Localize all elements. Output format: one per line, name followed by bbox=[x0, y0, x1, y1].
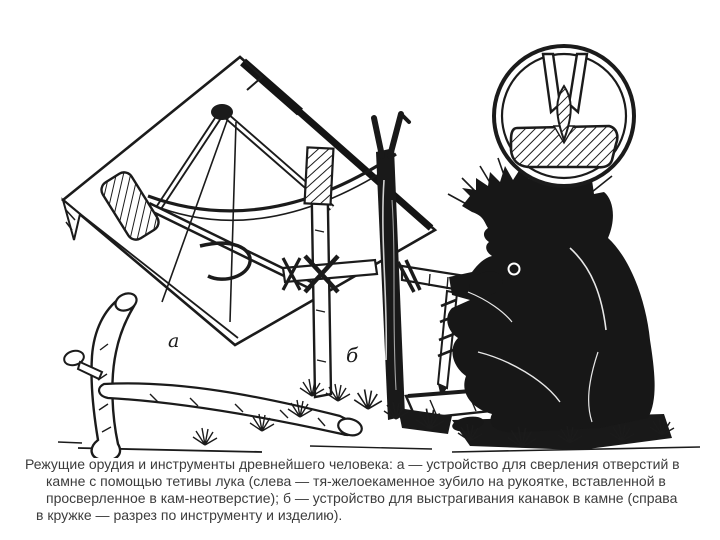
seated-man bbox=[447, 154, 654, 434]
label-a: а bbox=[168, 330, 179, 352]
cross-section-inset bbox=[494, 46, 634, 186]
figure-page: а б Режущие орудия и инструменты древней… bbox=[0, 0, 720, 540]
figure-caption: Режущие орудия и инструменты древнейшего… bbox=[25, 456, 703, 524]
caption-line: просверленное в кам-неотверстие); б — ус… bbox=[46, 490, 703, 507]
figure-illustration: а б bbox=[0, 0, 720, 458]
caption-line: в кружке — разрез по инструменту и издел… bbox=[36, 507, 703, 524]
caption-line: Режущие орудия и инструменты древнейшего… bbox=[25, 456, 703, 473]
caption-line: камне с помощью тетивы лука (слева — тя-… bbox=[46, 473, 703, 490]
label-b: б bbox=[346, 343, 359, 367]
